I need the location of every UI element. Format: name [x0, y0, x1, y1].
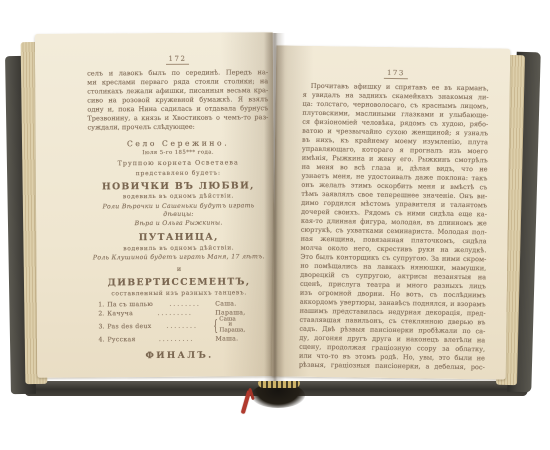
program-item-performer: Маша. — [215, 334, 265, 343]
playbill-date: Іюля 5-го 185*** года. — [88, 149, 269, 156]
right-page: 173 Прочитавъ афишку и спрятавъ ее въ ка… — [272, 45, 511, 379]
act2-title: ПУТАНИЦА, — [88, 231, 269, 243]
divertissement-title: ДИВЕРТИССЕМЕНТЪ, — [89, 276, 270, 288]
playbill-troupe: Труппою корнета Осветаева — [88, 158, 269, 167]
text-line: суждали, прочелъ слѣдующее: — [87, 122, 268, 132]
program-item-performer: Саша. — [215, 299, 265, 308]
program-list: 1. Па съ шалью . . . . . . . . Саша. 2. … — [93, 299, 265, 345]
dotted-leader: . . . . . . . . . — [139, 335, 213, 345]
right-page-number-text: 173 — [384, 69, 408, 79]
act2-cast-line1: Роль Клушиной будетъ играть Маня, 17 лѣт… — [88, 253, 269, 263]
act1-subtitle: водевиль въ одномъ дѣйствіи. — [88, 192, 269, 200]
program-item-name: Русская — [107, 335, 135, 344]
program-item-name: Pas des deux — [107, 322, 151, 331]
playbill-presented: представлено будетъ: — [88, 169, 269, 177]
dotted-leader: . . . . . . . . — [155, 321, 208, 330]
right-page-number: 173 — [303, 68, 489, 79]
divertissement-subtitle: составленный изъ разныхъ танцевъ. — [89, 289, 270, 297]
playbill-finale: ФИНАЛЪ. — [89, 350, 270, 361]
act1-cast-line1: Роли Вѣрочки и Сашеньки будутъ играть дѣ… — [88, 202, 269, 220]
left-page-number: 172 — [87, 54, 268, 63]
left-page-number-text: 172 — [166, 55, 190, 65]
act1-title: НОВИЧКИ ВЪ ЛЮБВИ, — [88, 180, 269, 192]
playbill: Село Сережино. Іюля 5-го 185*** года. Тр… — [88, 138, 271, 361]
act1-cast-line2: Вѣра и Ольга Рыжкины. — [88, 219, 269, 229]
left-page-content: 172 селъ и лавокъ былъ по серединѣ. Пере… — [87, 54, 270, 361]
program-item-performer-stack: Саша и Параша, — [219, 317, 265, 335]
dotted-leader: . . . . . . . . — [156, 299, 212, 308]
program-item-name: Па съ шалью — [107, 300, 153, 309]
book-photo: 172 селъ и лавокъ былъ по серединѣ. Пере… — [0, 0, 550, 450]
dotted-leader: . . . . . . . . . — [136, 308, 212, 318]
program-row: 4. Русская . . . . . . . . . Маша. — [93, 334, 265, 344]
left-page-paragraph: селъ и лавокъ былъ по серединѣ. Передъ н… — [87, 68, 268, 132]
headband — [258, 381, 300, 388]
playbill-venue: Село Сережино. — [88, 138, 269, 148]
program-item-number: 2. — [93, 309, 104, 318]
program-item-number: 4. — [93, 336, 104, 345]
right-page-content: 173 Прочитавъ афишку и спрятавъ ее въ ка… — [299, 68, 489, 373]
program-item-number: 1. — [93, 300, 104, 309]
left-page: 172 селъ и лавокъ былъ по серединѣ. Пере… — [35, 32, 275, 378]
program-item-number: 3. — [93, 322, 104, 331]
program-item-name: Качуча — [107, 309, 133, 318]
playbill-conjunction: и — [88, 264, 269, 273]
program-row: 3. Pas des deux . . . . . . . . { Саша и… — [93, 317, 265, 336]
text-line: рѣзвыя, граціозныя пансіонерки, а дебелы… — [299, 361, 485, 373]
act2-subtitle: водевиль въ одномъ дѣйствіи. — [88, 244, 269, 252]
brace-glyph: { — [213, 318, 218, 333]
right-page-paragraph: Прочитавъ афишку и спрятавъ ее въ карман… — [299, 82, 489, 373]
